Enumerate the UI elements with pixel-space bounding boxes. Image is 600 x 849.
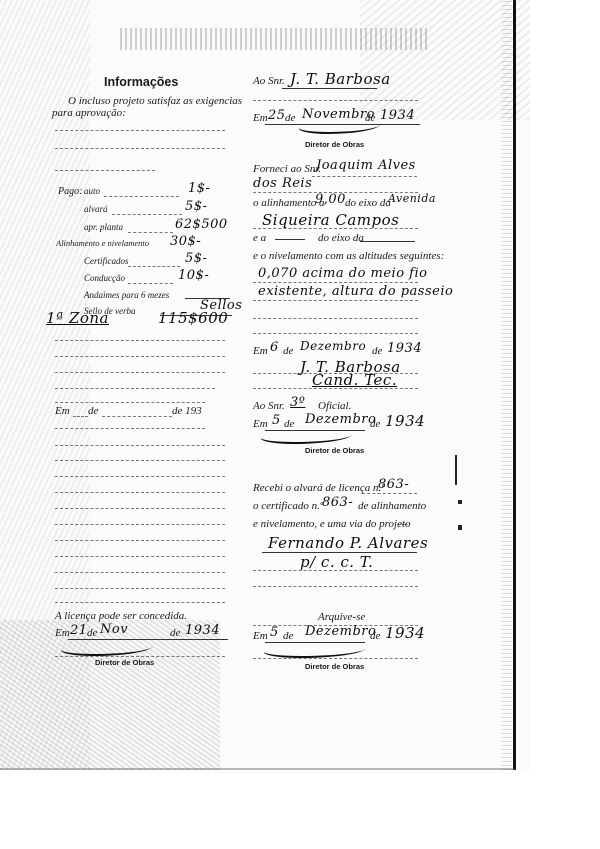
- date-blank-prefix: Em: [55, 405, 70, 417]
- fee-value: 62$500: [175, 217, 228, 232]
- blank-line: [55, 402, 205, 403]
- alignment-prefix: o alinhamento a: [253, 197, 325, 209]
- fee-label: auto: [84, 186, 100, 196]
- date4-year: 1934: [385, 624, 425, 642]
- blank-line: [253, 100, 418, 101]
- supplied-name-1: Joaquim Alves: [316, 158, 416, 173]
- intro-text-2: para aprovação:: [52, 107, 126, 119]
- receipt-2-suffix: de alinhamento: [358, 500, 426, 512]
- fee-value: 30$-: [170, 234, 201, 249]
- date3-month: Dezembro: [305, 412, 376, 427]
- page-fold-shadow: [502, 0, 512, 770]
- fee-label: Certificados: [84, 256, 129, 266]
- street-1: Avenida: [388, 192, 436, 205]
- fee-label: Alinhamento e nivelamento: [56, 238, 149, 248]
- date3-year: 1934: [385, 412, 425, 430]
- receipt-1-line: [362, 493, 417, 494]
- license-text: A licença pode ser concedida.: [55, 610, 187, 622]
- blank-line: [253, 570, 418, 571]
- faded-letterhead: [120, 28, 430, 50]
- director-signature: [57, 640, 156, 656]
- leveling-line-2: [253, 300, 418, 301]
- blank-line: [253, 333, 418, 334]
- date1-de: de: [285, 112, 295, 124]
- receipt-signature: Fernando P. Alvares: [268, 534, 428, 552]
- blank-line: [55, 388, 215, 389]
- fees-label: Pago:: [58, 186, 82, 197]
- signer3-title: Diretor de Obras: [305, 446, 364, 455]
- date2-de2: de: [372, 345, 382, 357]
- margin-mark: [458, 500, 462, 504]
- license-date-month: Nov: [100, 622, 128, 637]
- blank-line: [55, 148, 225, 149]
- license-date-year: 1934: [185, 623, 220, 638]
- date-blank-year: de 193: [172, 405, 202, 417]
- license-signer-title: Diretor de Obras: [95, 658, 154, 667]
- page-bottom-edge: [0, 768, 515, 770]
- date-blank-de: de: [88, 405, 98, 417]
- total-value: 115$600: [158, 309, 228, 327]
- blank-line: [55, 356, 225, 357]
- date4-prefix: Em: [253, 630, 268, 642]
- fee-leader: [128, 266, 180, 267]
- license-date-de2: de: [170, 627, 180, 639]
- fee-value: 5$-: [185, 251, 207, 266]
- supplied-name-2: dos Reis: [253, 176, 312, 191]
- date4-de2: de: [370, 630, 380, 642]
- fee-label: apr. planta: [84, 222, 123, 232]
- e-a-value-dash: [275, 239, 305, 240]
- supplied-prefix: Forneci ao Snr.: [253, 163, 321, 175]
- leveling-2: existente, altura do passeio: [258, 284, 453, 299]
- page-edge: [513, 0, 516, 770]
- intro-text: O incluso projeto satisfaz as exigencias: [68, 95, 242, 107]
- do-eixo-value-dash: [360, 241, 415, 242]
- leveling-line: [253, 282, 418, 283]
- signer2-title: Cand. Tec.: [312, 371, 397, 389]
- fee-leader: [104, 196, 179, 197]
- fee-value: 1$-: [188, 181, 210, 196]
- street-line: [253, 228, 418, 229]
- fee-leader: [112, 214, 182, 215]
- date2-prefix: Em: [253, 345, 268, 357]
- blank-line: [253, 388, 418, 389]
- fee-label: Andaimes para 6 mezes: [84, 290, 169, 300]
- do-eixo-label: do eixo da: [318, 232, 364, 244]
- date-blank-day: [73, 416, 88, 417]
- archive-text: Arquive-se: [318, 611, 365, 623]
- signature-line: [253, 658, 418, 659]
- date3-de2: de: [370, 418, 380, 430]
- fee-value: 10$-: [178, 268, 209, 283]
- margin-mark: [455, 455, 457, 485]
- to2-suffix: Oficial.: [318, 400, 351, 412]
- to2-prefix: Ao Snr.: [253, 400, 285, 412]
- date4-de: de: [283, 630, 293, 642]
- zone-label: 1ª Zona: [46, 309, 109, 327]
- informacoes-heading: Informações: [104, 75, 178, 89]
- street-2: Siqueira Campos: [262, 211, 399, 229]
- receipt-3-value: —: [398, 518, 408, 530]
- alignment-value: 9,00: [315, 192, 346, 207]
- date1-year: 1934: [380, 108, 415, 123]
- to-name: J. T. Barbosa: [290, 70, 391, 88]
- date-blank-month: [102, 416, 172, 417]
- license-date-prefix: Em: [55, 627, 70, 639]
- fee-value: 5$-: [185, 199, 207, 214]
- license-date-de: de: [87, 627, 97, 639]
- fee-leader: [128, 283, 173, 284]
- date1-day: 25: [268, 108, 286, 123]
- blank-line: [253, 586, 418, 587]
- director-signature: [260, 642, 369, 658]
- signer1-title: Diretor de Obras: [305, 140, 364, 149]
- leveling-1: 0,070 acima do meio fio: [258, 266, 427, 281]
- blank-line: [253, 318, 418, 319]
- to2-value: 3º: [290, 395, 305, 410]
- name-line: [312, 176, 417, 177]
- to-line: [282, 88, 377, 89]
- date4-month: Dezembro: [305, 624, 376, 639]
- scanned-document-page: Informações O incluso projeto satisfaz a…: [0, 0, 530, 770]
- blank-line: [55, 130, 225, 131]
- date4-day: 5: [270, 625, 279, 640]
- receipt-2-prefix: o certificado n.º: [253, 500, 323, 512]
- blank-line: [55, 170, 155, 171]
- fee-label: Conducção: [84, 273, 125, 283]
- director-signature: [257, 428, 356, 444]
- date3-day: 5: [272, 413, 281, 428]
- signature-line: [55, 656, 225, 657]
- blank-line: [55, 428, 205, 429]
- e-a-label: e a: [253, 232, 266, 244]
- margin-mark: [458, 525, 462, 530]
- receipt-3: e nivelamento, e uma via do projeto: [253, 518, 411, 530]
- date2-day: 6: [270, 340, 279, 355]
- blank-line: [55, 372, 225, 373]
- alignment-mid: do eixo da: [345, 197, 391, 209]
- director-signature: [295, 118, 384, 134]
- date2-year: 1934: [387, 341, 422, 356]
- receipt-1-value: 863-: [378, 477, 409, 492]
- signer4-title: Diretor de Obras: [305, 662, 364, 671]
- fee-label: alvará: [84, 204, 108, 214]
- receipt-signature-2: p/ c. c. T.: [300, 553, 373, 571]
- fee-leader: [128, 232, 173, 233]
- blank-line: [55, 340, 225, 341]
- date2-de: de: [283, 345, 293, 357]
- date2-month: Dezembro: [300, 339, 366, 353]
- license-date-day: 21: [70, 623, 88, 638]
- leveling-text: e o nivelamento com as altitudes seguint…: [253, 250, 444, 262]
- date1-prefix: Em: [253, 112, 268, 124]
- receipt-2-value: 863-: [322, 495, 353, 510]
- to-prefix: Ao Snr.: [253, 75, 285, 87]
